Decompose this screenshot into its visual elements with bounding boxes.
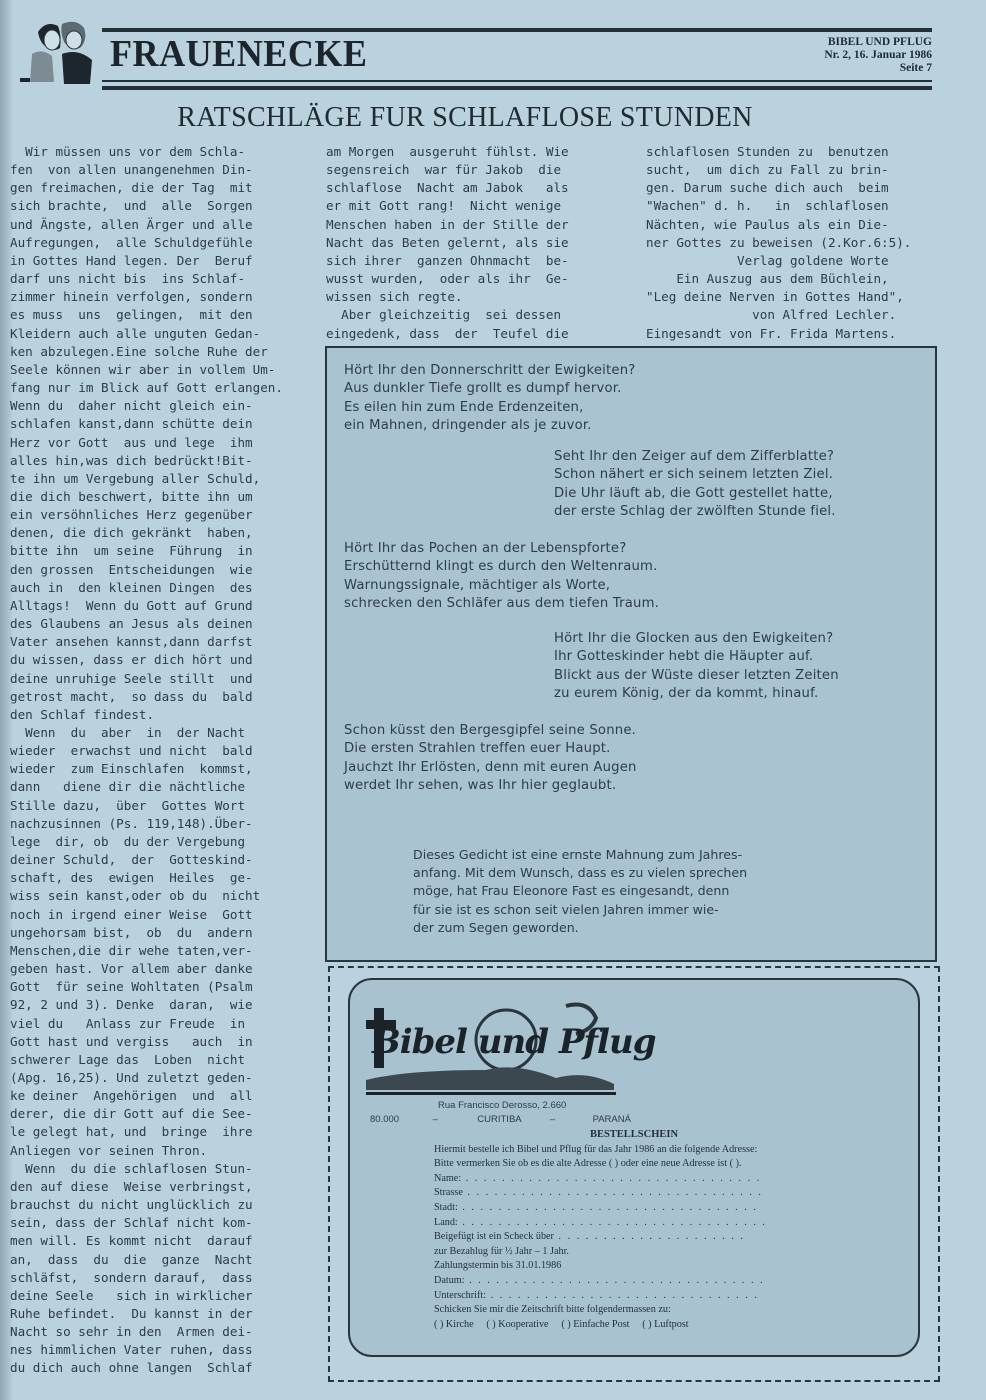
text-line: ungehorsam bist, ob du andern <box>10 924 283 942</box>
page-number: Seite 7 <box>824 62 932 75</box>
text-line: schlafen kanst,dann schütte dein <box>10 415 283 433</box>
text-line: Dieses Gedicht ist eine ernste Mahnung z… <box>413 846 747 864</box>
street-field[interactable]: Strasse . . . . . . . . . . . . . . . . … <box>434 1186 834 1201</box>
text-line: wieder erwachst und nicht bald <box>10 742 283 760</box>
text-line: Menschen,die dir wehe taten,ver- <box>10 942 283 960</box>
text-line: ken abzulegen.Eine solche Ruhe der <box>10 343 283 361</box>
text-line: gen. Darum suche dich auch beim <box>646 179 911 197</box>
text-line: Wir müssen uns vor dem Schla- <box>10 143 283 161</box>
article-headline: RATSCHLÄGE FUR SCHLAFLOSE STUNDEN <box>0 102 930 134</box>
article-column-1: Wir müssen uns vor dem Schla-fen von all… <box>10 143 283 1378</box>
text-line: von Alfred Lechler. <box>646 306 911 324</box>
text-line: Vater ansehen kannst,dann darfst <box>10 633 283 651</box>
text-line: den auf diese Weise verbringst, <box>10 1178 283 1196</box>
text-line: anfang. Mit dem Wunsch, dass es zu viele… <box>413 864 747 882</box>
date-field[interactable]: Datum: . . . . . . . . . . . . . . . . .… <box>434 1274 834 1289</box>
order-form: BESTELLSCHEIN Hiermit bestelle ich Bibel… <box>434 1128 834 1332</box>
shipping-option-kirche[interactable]: ( ) Kirche <box>434 1319 474 1330</box>
address-street: Rua Francisco Derosso, 2.660 <box>438 1100 566 1111</box>
text-line: zimmer hinein verfolgen, sondern <box>10 288 283 306</box>
text-line: Gott hast und vergiss auch in <box>10 1033 283 1051</box>
text-line: schrecken den Schläfer aus dem tiefen Tr… <box>344 595 659 613</box>
text-line: es muss uns gelingen, mit den <box>10 306 283 324</box>
text-line: der zum Segen geworden. <box>413 919 747 937</box>
text-line: Hört Ihr den Donnerschritt der Ewigkeite… <box>344 362 635 380</box>
signature-field[interactable]: Unterschrift: . . . . . . . . . . . . . … <box>434 1289 834 1304</box>
text-line: schaft, des ewigen Heiles ge- <box>10 869 283 887</box>
text-line: sich ihrer ganzen Ohnmacht be- <box>326 252 569 270</box>
address-city: CURITIBA <box>477 1114 547 1125</box>
text-line: schlaflosen Stunden zu benutzen <box>646 143 911 161</box>
text-line: (Apg. 16,25). Und zuletzt geden- <box>10 1069 283 1087</box>
country-label: Land: <box>434 1217 458 1228</box>
text-line: schläfst, sondern darauf, dass <box>10 1269 283 1287</box>
shipping-option-einfache-post[interactable]: ( ) Einfache Post <box>561 1319 629 1330</box>
text-line: er mit Gott rang! Nicht wenige <box>326 197 569 215</box>
order-coupon-cutout: Bibel und Pflug Rua Francisco Derosso, 2… <box>328 966 940 1382</box>
text-line: Blickt aus der Wüste dieser letzten Zeit… <box>554 667 839 685</box>
text-line: viel du Anlass zur Freude in <box>10 1015 283 1033</box>
text-line: deine Seele sich in wirklicher <box>10 1287 283 1305</box>
text-line: wieder zum Einschlafen kommst, <box>10 760 283 778</box>
text-line: segensreich war für Jakob die <box>326 161 569 179</box>
text-line: geben hast. Vor allem aber danke <box>10 960 283 978</box>
text-line: deiner Schuld, der Gotteskind- <box>10 851 283 869</box>
text-line: Menschen haben in der Stille der <box>326 216 569 234</box>
shipping-options: ( ) Kirche ( ) Kooperative ( ) Einfache … <box>434 1318 834 1333</box>
text-line: Seele können wir aber in vollem Um- <box>10 361 283 379</box>
poem-stanza-5: Schon küsst den Bergesgipfel seine Sonne… <box>344 722 637 795</box>
text-line: fen von allen unangenehmen Din- <box>10 161 283 179</box>
name-field[interactable]: Name: . . . . . . . . . . . . . . . . . … <box>434 1172 834 1187</box>
name-label: Name: <box>434 1173 461 1184</box>
text-line: an, dass du die ganze Nacht <box>10 1251 283 1269</box>
text-line: Ihr Gotteskinder hebt die Häupter auf. <box>554 648 839 666</box>
text-line: Wenn du daher nicht gleich ein- <box>10 397 283 415</box>
text-line: dann diene dir die nächtliche <box>10 778 283 796</box>
text-line: du wissen, dass er dich hört und <box>10 651 283 669</box>
street-label: Strasse <box>434 1187 463 1198</box>
order-form-card: Bibel und Pflug Rua Francisco Derosso, 2… <box>348 978 920 1357</box>
text-line: Warnungssignale, mächtiger als Worte, <box>344 577 659 595</box>
text-line: sich brachte, und alle Sorgen <box>10 197 283 215</box>
text-line: Alltags! Wenn du Gott auf Grund <box>10 597 283 615</box>
text-line: Nacht so sehr in den Armen dei- <box>10 1323 283 1341</box>
text-line: Hört Ihr die Glocken aus den Ewigkeiten? <box>554 630 839 648</box>
text-line: wusst wurden, oder als ihr Ge- <box>326 270 569 288</box>
text-line: Es eilen hin zum Ende Erdenzeiten, <box>344 399 635 417</box>
order-intro: Hiermit bestelle ich Bibel und Pflug für… <box>434 1143 834 1158</box>
publication-name: BIBEL UND PFLUG <box>824 36 932 49</box>
issue-date: Nr. 2, 16. Januar 1986 <box>824 49 932 62</box>
text-line: am Morgen ausgeruht fühlst. Wie <box>326 143 569 161</box>
text-line: Erschütternd klingt es durch den Weltenr… <box>344 558 659 576</box>
poem-stanza-1: Hört Ihr den Donnerschritt der Ewigkeite… <box>344 362 635 435</box>
text-line: getrost macht, so dass du bald <box>10 688 283 706</box>
text-line: schwerer Lage das Loben nicht <box>10 1051 283 1069</box>
header-bottom-rule <box>48 86 932 90</box>
text-line: wissen sich regte. <box>326 288 569 306</box>
article-column-3: schlaflosen Stunden zu benutzensucht, um… <box>646 143 911 343</box>
city-field[interactable]: Stadt: . . . . . . . . . . . . . . . . .… <box>434 1201 834 1216</box>
text-line: Wenn du die schlaflosen Stun- <box>10 1160 283 1178</box>
text-line: Schon küsst den Bergesgipfel seine Sonne… <box>344 722 637 740</box>
text-line: wiss sein kanst,oder ob du nicht <box>10 887 283 905</box>
section-title: FRAUENECKE <box>110 32 367 76</box>
text-line: Nächten, wie Paulus als ein Die- <box>646 216 911 234</box>
text-line: ke deiner Angehörigen und all <box>10 1087 283 1105</box>
text-line: men will. Es kommt nicht darauf <box>10 1232 283 1250</box>
text-line: zu eurem König, der da kommt, hinauf. <box>554 685 839 703</box>
shipping-option-luftpost[interactable]: ( ) Luftpost <box>642 1319 688 1330</box>
text-line: Die Uhr läuft ab, die Gott gestellet hat… <box>554 485 836 503</box>
signature-label: Unterschrift: <box>434 1290 486 1301</box>
text-line: Die ersten Strahlen treffen euer Haupt. <box>344 740 637 758</box>
text-line: Herz vor Gott aus und lege ihm <box>10 434 283 452</box>
address-zip: 80.000 <box>370 1114 430 1125</box>
text-line: Kleidern auch alle unguten Gedan- <box>10 325 283 343</box>
date-label: Datum: <box>434 1275 465 1286</box>
text-line: Schon nähert er sich seinem letzten Ziel… <box>554 466 836 484</box>
text-line: auch in den kleinen Dingen des <box>10 579 283 597</box>
address-city-line: 80.000 – CURITIBA – PARANÁ <box>370 1114 631 1125</box>
text-line: Seht Ihr den Zeiger auf dem Zifferblatte… <box>554 448 836 466</box>
city-label: Stadt: <box>434 1202 458 1213</box>
text-line: der erste Schlag der zwölften Stunde fie… <box>554 503 836 521</box>
text-line: Anliegen vor seinen Thron. <box>10 1142 283 1160</box>
article-column-2: am Morgen ausgeruht fühlst. Wiesegensrei… <box>326 143 569 343</box>
text-line: nes himmlichen Vater ruhen, dass <box>10 1341 283 1359</box>
order-form-title: BESTELLSCHEIN <box>434 1128 834 1143</box>
text-line: Hört Ihr das Pochen an der Lebenspforte? <box>344 540 659 558</box>
poem-note: Dieses Gedicht ist eine ernste Mahnung z… <box>413 846 747 937</box>
address-state: PARANÁ <box>593 1114 631 1125</box>
text-line: Ein Auszug aus dem Büchlein, <box>646 270 911 288</box>
text-line: lege dir, ob du der Vergebung <box>10 833 283 851</box>
payment-period[interactable]: zur Bezahlug für ½ Jahr – 1 Jahr. <box>434 1245 834 1260</box>
text-line: 92, 2 und 3). Denke daran, wie <box>10 996 283 1014</box>
text-line: die dich beschwert, bitte ihn um <box>10 488 283 506</box>
address-separator: – <box>433 1114 475 1125</box>
issue-info: BIBEL UND PFLUG Nr. 2, 16. Januar 1986 S… <box>824 36 932 75</box>
text-line: werdet Ihr sehen, was Ihr hier geglaubt. <box>344 777 637 795</box>
text-line: in Gottes Hand legen. Der Beruf <box>10 252 283 270</box>
text-line: du dich auch ohne langen Schlaf <box>10 1359 283 1377</box>
text-line: ner Gottes zu beweisen (2.Kor.6:5). <box>646 234 911 252</box>
text-line: te ihn um Vergebung aller Schuld, <box>10 470 283 488</box>
payment-deadline: Zahlungstermin bis 31.01.1986 <box>434 1259 834 1274</box>
shipping-prompt: Schicken Sie mir die Zeitschrift bitte f… <box>434 1303 834 1318</box>
text-line: Eingesandt von Fr. Frida Martens. <box>646 325 911 343</box>
text-line: Nacht das Beten gelernt, als sie <box>326 234 569 252</box>
text-line: alles hin,was dich bedrückt!Bit- <box>10 452 283 470</box>
text-line: "Wachen" d. h. in schlaflosen <box>646 197 911 215</box>
text-line: für sie ist es schon seit vielen Jahren … <box>413 901 747 919</box>
text-line: Stille dazu, über Gottes Wort <box>10 797 283 815</box>
text-line: deine unruhige Seele stillt und <box>10 670 283 688</box>
poem-stanza-2: Seht Ihr den Zeiger auf dem Zifferblatte… <box>554 448 836 521</box>
text-line: sein, dass der Schlaf nicht kom- <box>10 1214 283 1232</box>
text-line: ein versöhnliches Herz gegenüber <box>10 506 283 524</box>
text-line: le gelegt hat, und bringe ihre <box>10 1123 283 1141</box>
brand-underline <box>366 1092 616 1095</box>
text-line: Verlag goldene Worte <box>646 252 911 270</box>
country-field[interactable]: Land: . . . . . . . . . . . . . . . . . … <box>434 1216 834 1231</box>
check-label: Beigefügt ist ein Scheck über <box>434 1231 554 1242</box>
text-line: brauchst du nicht unglücklich zu <box>10 1196 283 1214</box>
text-line: gen freimachen, die der Tag mit <box>10 179 283 197</box>
poem-box: Hört Ihr den Donnerschritt der Ewigkeite… <box>325 346 937 962</box>
text-line: den grossen Entscheidungen wie <box>10 561 283 579</box>
brand-name: Bibel und Pflug <box>372 1022 655 1062</box>
text-line: Wenn du aber in der Nacht <box>10 724 283 742</box>
two-women-illustration-icon <box>18 18 102 94</box>
check-amount-field[interactable]: Beigefügt ist ein Scheck über . . . . . … <box>434 1230 834 1245</box>
address-type-question[interactable]: Bitte vermerken Sie ob es die alte Adres… <box>434 1157 834 1172</box>
text-line: den Schlaf findest. <box>10 706 283 724</box>
text-line: Aber gleichzeitig sei dessen <box>326 306 569 324</box>
text-line: fang nur im Blick auf Gott erlangen. <box>10 379 283 397</box>
text-line: Aus dunkler Tiefe grollt es dumpf hervor… <box>344 380 635 398</box>
text-line: des Glaubens an Jesus als deinen <box>10 615 283 633</box>
text-line: Gott für seine Wohltaten (Psalm <box>10 978 283 996</box>
poem-stanza-4: Hört Ihr die Glocken aus den Ewigkeiten?… <box>554 630 839 703</box>
address-separator: – <box>550 1114 590 1125</box>
text-line: möge, hat Frau Eleonore Fast es eingesan… <box>413 882 747 900</box>
text-line: und Ängste, allen Ärger und alle <box>10 216 283 234</box>
text-line: sucht, um dich zu Fall zu brin- <box>646 161 911 179</box>
text-line: schlaflose Nacht am Jabok als <box>326 179 569 197</box>
poem-stanza-3: Hört Ihr das Pochen an der Lebenspforte?… <box>344 540 659 613</box>
text-line: Aufregungen, alle Schuldgefühle <box>10 234 283 252</box>
text-line: ein Mahnen, dringender als je zuvor. <box>344 417 635 435</box>
header-bottom-rule-thin <box>48 80 932 82</box>
text-line: Jauchzt Ihr Erlösten, denn mit euren Aug… <box>344 759 637 777</box>
text-line: bitte ihn um seine Führung in <box>10 542 283 560</box>
shipping-option-kooperative[interactable]: ( ) Kooperative <box>486 1319 548 1330</box>
text-line: denen, die dich gekränkt haben, <box>10 524 283 542</box>
text-line: "Leg deine Nerven in Gottes Hand", <box>646 288 911 306</box>
text-line: eingedenk, dass der Teufel die <box>326 325 569 343</box>
text-line: noch in irgend einer Weise Gott <box>10 906 283 924</box>
text-line: Ruhe befindet. Du kannst in der <box>10 1305 283 1323</box>
text-line: nachzusinnen (Ps. 119,148).Über- <box>10 815 283 833</box>
text-line: darf uns nicht bis ins Schlaf- <box>10 270 283 288</box>
text-line: derer, die dir Gott auf die See- <box>10 1105 283 1123</box>
